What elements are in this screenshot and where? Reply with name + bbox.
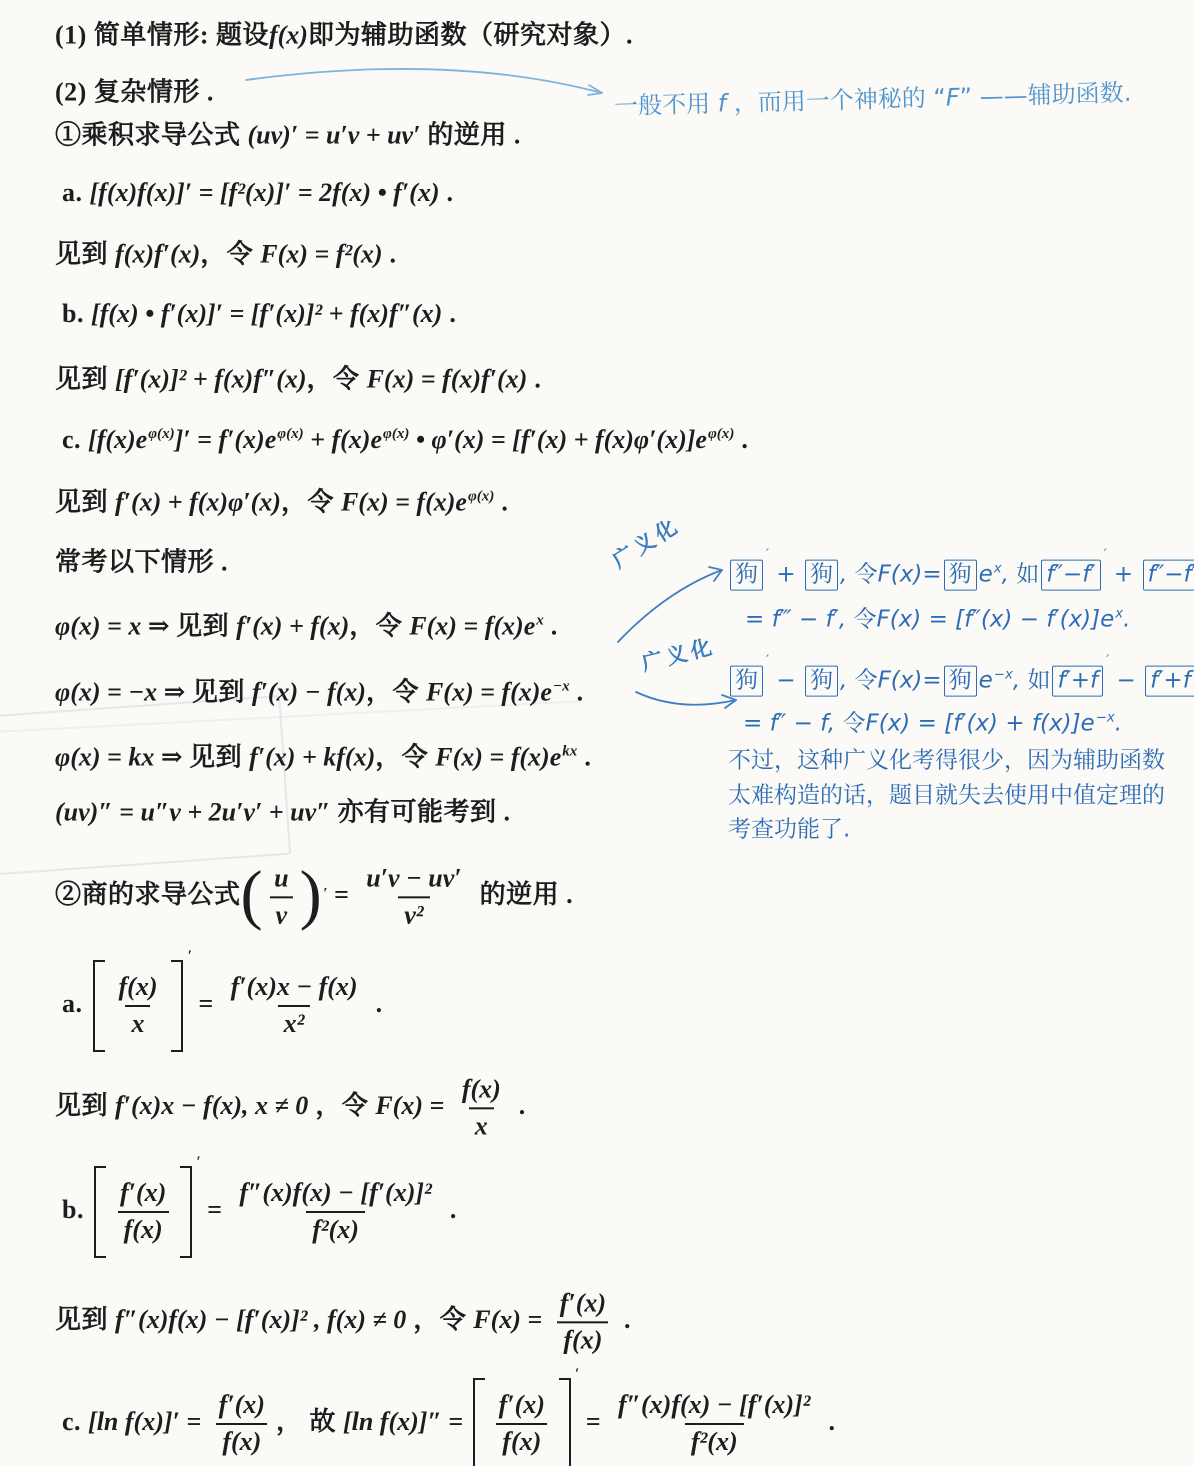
hw-remark-line1: 不过，这种广义化考得很少，因为辅助函数	[728, 742, 1165, 775]
line-quotient-a-seen: 见到 f′(x)x − f(x), x ≠ 0 ，令 F(x) = f(x)x …	[55, 1074, 526, 1141]
generalize-arrow-2	[636, 692, 736, 708]
line-product-b: b. [f(x) • f′(x)]′ = [f′(x)]² + f(x)f″(x…	[62, 299, 456, 329]
hw-generalize-label-1: 广义化	[606, 510, 686, 575]
line-quotient-a: a. f(x)x′ = f′(x)x − f(x)x² .	[62, 960, 383, 1052]
line-product-a-seen: 见到 f(x)f′(x)，令 F(x) = f²(x) .	[55, 234, 397, 271]
line-product-rule-header: ①乘积求导公式 (uv)′ = u′v + uv′ 的逆用 .	[55, 115, 521, 152]
line-phi-x: φ(x) = x ⇒ 见到 f′(x) + f(x)，令 F(x) = f(x)…	[55, 606, 558, 643]
hw-generalize-label-2: 广义化	[638, 630, 718, 677]
line-phi-negx: φ(x) = −x ⇒ 见到 f′(x) − f(x)，令 F(x) = f(x…	[55, 672, 584, 709]
line-complex-case: (2) 复杂情形 .	[55, 72, 214, 109]
line-simple-case: (1) 简单情形: 题设f(x)即为辅助函数（研究对象）.	[55, 15, 633, 52]
line-uv-second-derivative: (uv)″ = u″v + 2u′v′ + uv″ 亦有可能考到 .	[55, 792, 510, 829]
line-quotient-c: c. [ln f(x)]′ = f′(x)f(x)， 故 [ln f(x)]″ …	[62, 1378, 835, 1466]
line-phi-kx: φ(x) = kx ⇒ 见到 f′(x) + kf(x)，令 F(x) = f(…	[55, 737, 591, 774]
line-product-a: a. [f(x)f(x)]′ = [f²(x)]′ = 2f(x) • f′(x…	[62, 178, 453, 208]
line-quotient-rule-header: ②商的求导公式(uv)′ = u′v − uv′v² 的逆用 .	[55, 863, 573, 930]
hw-remark-line3: 考查功能了.	[728, 811, 850, 844]
hw-remark-line2: 太难构造的话，题目就失去使用中值定理的	[728, 777, 1165, 810]
line-product-b-seen: 见到 [f′(x)]² + f(x)f″(x)，令 F(x) = f(x)f′(…	[55, 359, 541, 396]
notes-page: (1) 简单情形: 题设f(x)即为辅助函数（研究对象）.(2) 复杂情形 .①…	[0, 0, 1194, 1466]
line-product-c-seen: 见到 f′(x) + f(x)φ′(x)，令 F(x) = f(x)eφ(x) …	[55, 482, 508, 519]
hw-block2-line2: = f″ − f, 令F(x) = [f′(x) + f(x)]e−x.	[743, 705, 1122, 738]
hw-block2-line1: 狗′ − 狗, 令F(x)=狗e−x, 如f′+f′ − f′+f	[728, 662, 1194, 697]
curved-arrow-to-top-note	[246, 69, 602, 95]
line-quotient-b: b. f′(x)f(x)′ = f″(x)f(x) − [f′(x)]²f²(x…	[62, 1166, 457, 1258]
hw-block1-line2: = f‴ − f′, 令F(x) = [f″(x) − f′(x)]ex.	[745, 601, 1130, 634]
line-common-cases: 常考以下情形 .	[55, 542, 228, 579]
hw-block1-line1: 狗′ + 狗, 令F(x)=狗ex, 如f″−f′′ + f″−f′	[728, 556, 1194, 591]
line-quotient-b-seen: 见到 f″(x)f(x) − [f′(x)]² , f(x) ≠ 0 ，令 F(…	[55, 1288, 631, 1355]
line-product-c: c. [f(x)eφ(x)]′ = f′(x)eφ(x) + f(x)eφ(x)…	[62, 425, 748, 455]
hw-top-note: 一般不用 f ，而用一个神秘的 “F” ——辅助函数.	[614, 73, 1132, 122]
